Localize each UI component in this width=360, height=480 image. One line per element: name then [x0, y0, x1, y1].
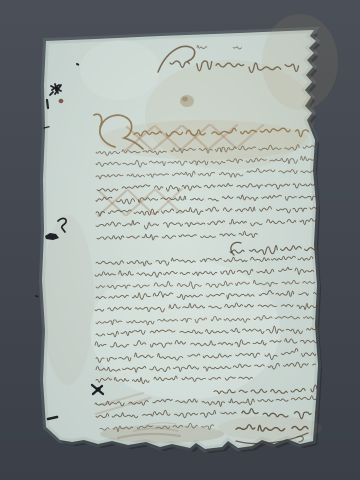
photo-backdrop: [0, 0, 360, 480]
blot-speck-top: [77, 64, 78, 65]
blot-red-wax-dot: [59, 99, 64, 103]
blot-edge-tick: [47, 100, 48, 108]
blot-bg-speck: [36, 296, 38, 297]
letter-photograph: [0, 0, 360, 480]
